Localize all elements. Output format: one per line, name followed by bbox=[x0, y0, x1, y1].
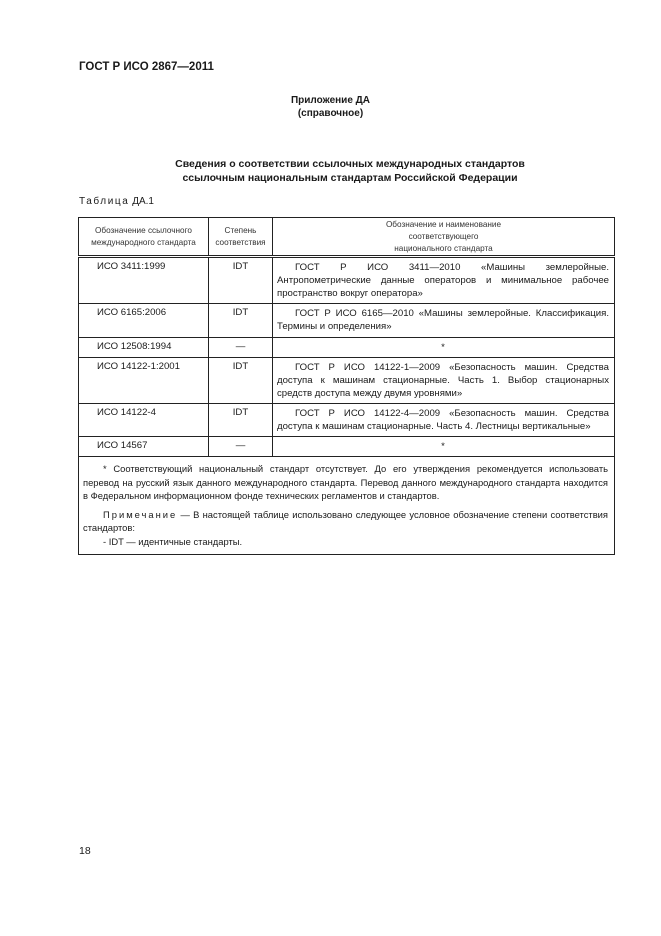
footnote-text: * Соответствующий национальный стандарт … bbox=[83, 463, 608, 501]
note-item: - IDT — идентичные стандарты. bbox=[83, 535, 608, 549]
note-item-text: - IDT — идентичные стандарты. bbox=[103, 536, 242, 547]
national-standard-text: ГОСТ Р ИСО 14122-1—2009 «Безопасность ма… bbox=[277, 362, 609, 399]
header-national-line3: национального стандарта bbox=[273, 243, 614, 255]
header-intl-line2: международного стандарта bbox=[79, 237, 208, 249]
header-national-standard: Обозначение и наименование соответствующ… bbox=[273, 218, 615, 257]
table-header-row: Обозначение ссылочного международного ст… bbox=[79, 218, 615, 257]
table-footnote-row: * Соответствующий национальный стандарт … bbox=[79, 457, 615, 555]
document-code: ГОСТ Р ИСО 2867—2011 bbox=[79, 61, 214, 73]
cell-national-standard: * bbox=[273, 437, 615, 457]
table-caption-number: ДА.1 bbox=[132, 196, 154, 207]
note-paragraph: Примечание — В настоящей таблице использ… bbox=[83, 508, 608, 535]
cell-national-standard: ГОСТ Р ИСО 14122-1—2009 «Безопасность ма… bbox=[273, 358, 615, 404]
national-standard-text: ГОСТ Р ИСО 14122-4—2009 «Безопасность ма… bbox=[277, 408, 609, 432]
cell-degree: — bbox=[209, 437, 273, 457]
cell-intl-standard: ИСО 12508:1994 bbox=[79, 338, 209, 358]
cell-national-standard: * bbox=[273, 338, 615, 358]
cell-intl-standard: ИСО 14122-4 bbox=[79, 404, 209, 437]
annex-label: Приложение ДА bbox=[0, 94, 661, 107]
cell-intl-standard: ИСО 14567 bbox=[79, 437, 209, 457]
cell-national-standard: ГОСТ Р ИСО 3411—2010 «Машины землеройные… bbox=[273, 257, 615, 304]
table-caption: Таблица ДА.1 bbox=[79, 196, 154, 207]
header-national-line1: Обозначение и наименование bbox=[273, 219, 614, 231]
header-degree-line2: соответствия bbox=[209, 237, 272, 249]
footnote-paragraph: * Соответствующий национальный стандарт … bbox=[83, 462, 608, 503]
header-degree: Степень соответствия bbox=[209, 218, 273, 257]
table-row: ИСО 14122-4 IDT ГОСТ Р ИСО 14122-4—2009 … bbox=[79, 404, 615, 437]
section-title-line2: ссылочным национальным стандартам Россий… bbox=[0, 171, 661, 185]
standards-table: Обозначение ссылочного международного ст… bbox=[78, 217, 615, 555]
section-title: Сведения о соответствии ссылочных междун… bbox=[0, 157, 661, 185]
cell-intl-standard: ИСО 3411:1999 bbox=[79, 257, 209, 304]
cell-degree: — bbox=[209, 338, 273, 358]
section-title-line1: Сведения о соответствии ссылочных междун… bbox=[0, 157, 661, 171]
note-label: Примечание bbox=[103, 509, 177, 520]
header-intl-standard: Обозначение ссылочного международного ст… bbox=[79, 218, 209, 257]
table-row: ИСО 6165:2006 IDT ГОСТ Р ИСО 6165—2010 «… bbox=[79, 304, 615, 338]
cell-national-standard: ГОСТ Р ИСО 6165—2010 «Машины землеройные… bbox=[273, 304, 615, 338]
cell-degree: IDT bbox=[209, 404, 273, 437]
table-caption-word: Таблица bbox=[79, 196, 129, 207]
cell-intl-standard: ИСО 6165:2006 bbox=[79, 304, 209, 338]
table-row: ИСО 14122-1:2001 IDT ГОСТ Р ИСО 14122-1—… bbox=[79, 358, 615, 404]
annex-heading: Приложение ДА (справочное) bbox=[0, 94, 661, 120]
cell-degree: IDT bbox=[209, 358, 273, 404]
cell-national-standard: ГОСТ Р ИСО 14122-4—2009 «Безопасность ма… bbox=[273, 404, 615, 437]
table-footnote: * Соответствующий национальный стандарт … bbox=[79, 457, 615, 555]
table-row: ИСО 12508:1994 — * bbox=[79, 338, 615, 358]
national-standard-text: ГОСТ Р ИСО 3411—2010 «Машины землеройные… bbox=[277, 262, 609, 299]
cell-degree: IDT bbox=[209, 304, 273, 338]
header-intl-line1: Обозначение ссылочного bbox=[79, 225, 208, 237]
annex-type: (справочное) bbox=[0, 107, 661, 120]
table-row: ИСО 14567 — * bbox=[79, 437, 615, 457]
page-number: 18 bbox=[79, 845, 91, 857]
national-standard-text: ГОСТ Р ИСО 6165—2010 «Машины землеройные… bbox=[277, 308, 609, 332]
header-degree-line1: Степень bbox=[209, 225, 272, 237]
table-row: ИСО 3411:1999 IDT ГОСТ Р ИСО 3411—2010 «… bbox=[79, 257, 615, 304]
header-national-line2: соответствующего bbox=[273, 231, 614, 243]
cell-intl-standard: ИСО 14122-1:2001 bbox=[79, 358, 209, 404]
cell-degree: IDT bbox=[209, 257, 273, 304]
